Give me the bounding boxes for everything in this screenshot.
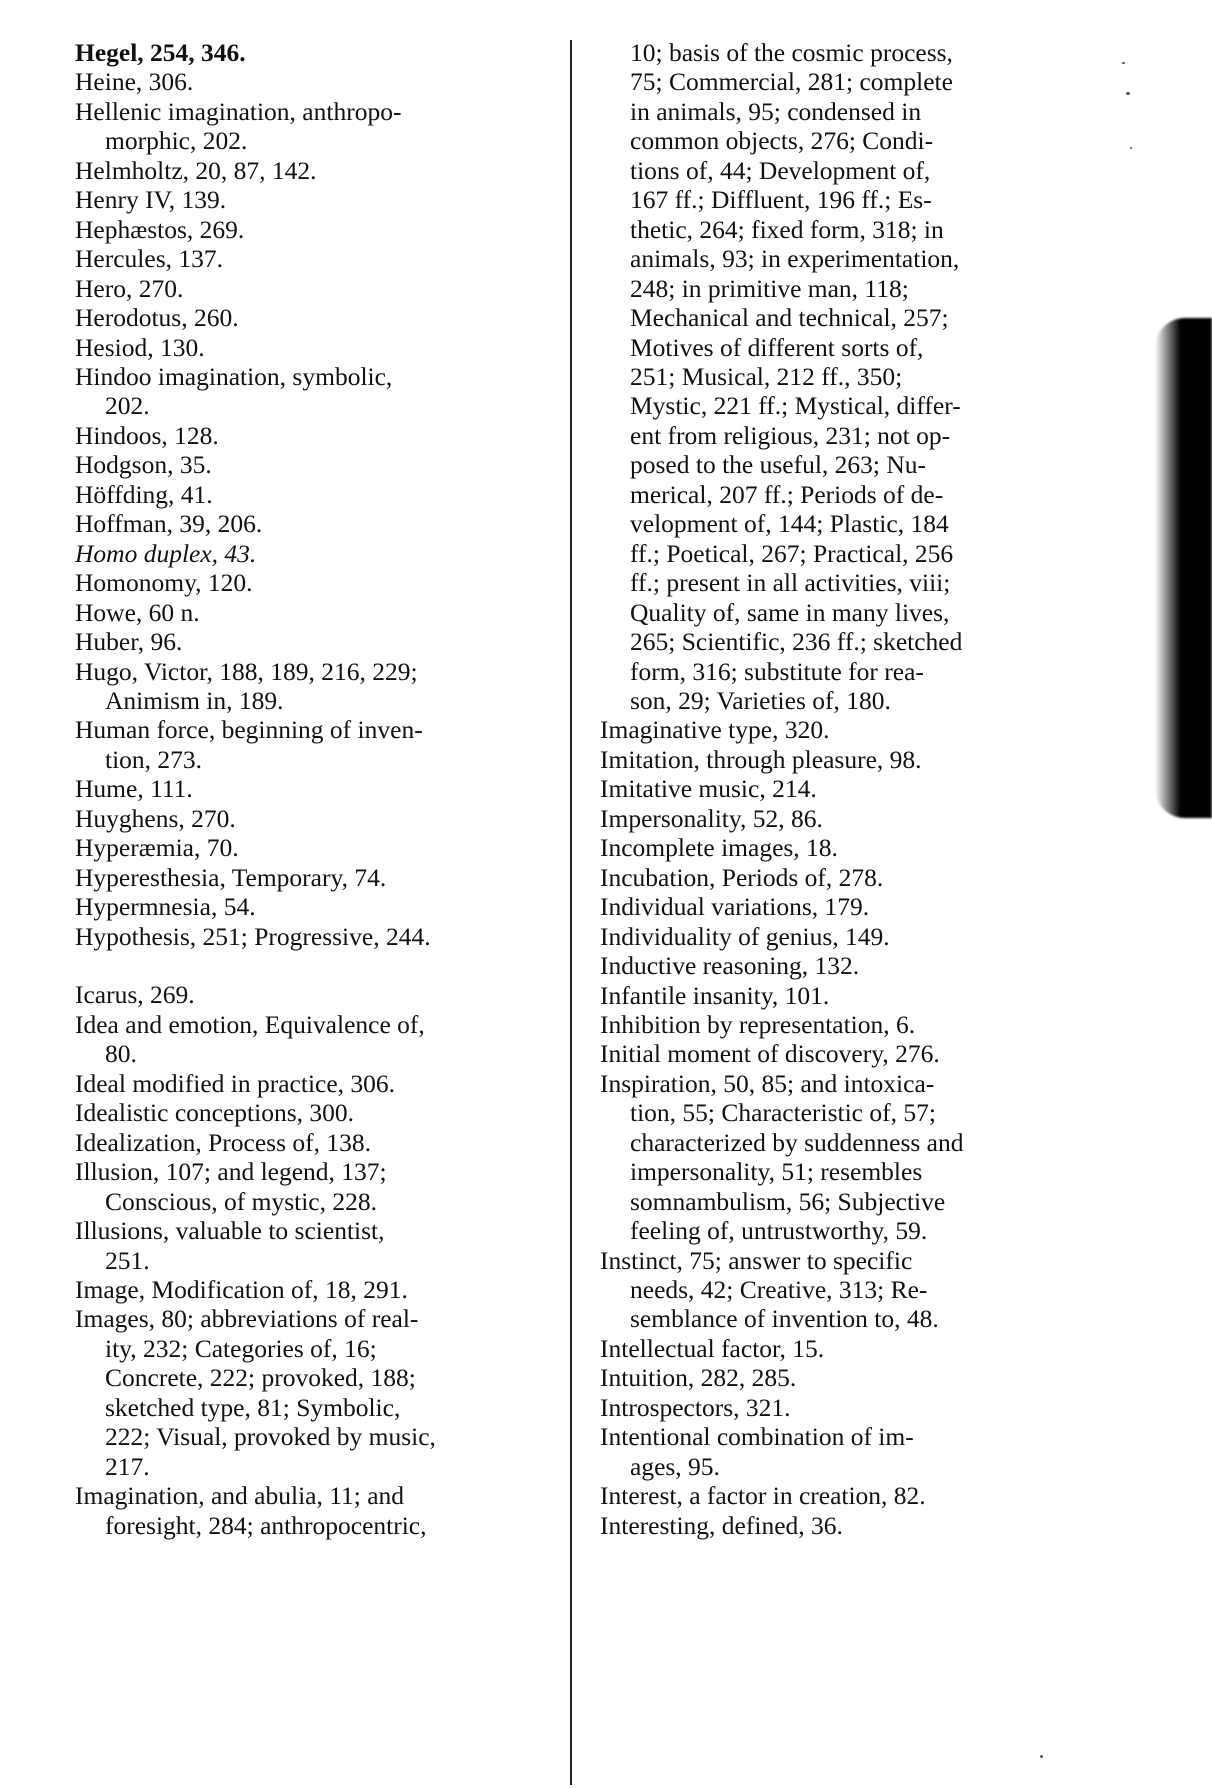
index-entry-continuation: Mystic, 221 ff.; Mystical, differ- bbox=[600, 391, 1036, 420]
index-entry-continuation: needs, 42; Creative, 313; Re- bbox=[600, 1275, 1036, 1304]
index-entry: Huyghens, 270. bbox=[75, 804, 547, 833]
index-entry: Introspectors, 321. bbox=[600, 1393, 1036, 1422]
index-entry: Idea and emotion, Equivalence of, bbox=[75, 1010, 547, 1039]
index-entry: Hindoos, 128. bbox=[75, 421, 547, 450]
index-entry: Hodgson, 35. bbox=[75, 450, 547, 479]
index-entry: Imagination, and abulia, 11; and bbox=[75, 1481, 547, 1510]
index-entry: Inhibition by representation, 6. bbox=[600, 1010, 1036, 1039]
index-entry-continuation: form, 316; substitute for rea- bbox=[600, 657, 1036, 686]
index-entry: Imitative music, 214. bbox=[600, 774, 1036, 803]
index-entry-continuation: sketched type, 81; Symbolic, bbox=[75, 1393, 547, 1422]
index-entry-continuation: common objects, 276; Condi- bbox=[600, 126, 1036, 155]
index-entry-continuation: thetic, 264; fixed form, 318; in bbox=[600, 215, 1036, 244]
index-entry: Icarus, 269. bbox=[75, 980, 547, 1009]
index-entry: Intellectual factor, 15. bbox=[600, 1334, 1036, 1363]
index-entry: Hellenic imagination, anthropo- bbox=[75, 97, 547, 126]
index-entry: Homo duplex, 43. bbox=[75, 539, 547, 568]
index-entry: Inductive reasoning, 132. bbox=[600, 951, 1036, 980]
index-entry-continuation: 251; Musical, 212 ff., 350; bbox=[600, 362, 1036, 391]
index-entry: Intuition, 282, 285. bbox=[600, 1363, 1036, 1392]
column-divider bbox=[570, 40, 572, 1785]
index-entry-continuation: semblance of invention to, 48. bbox=[600, 1304, 1036, 1333]
index-entry: Hypermnesia, 54. bbox=[75, 892, 547, 921]
index-entry: Illusions, valuable to scientist, bbox=[75, 1216, 547, 1245]
index-entry-continuation: Motives of different sorts of, bbox=[600, 333, 1036, 362]
index-entry: Hoffman, 39, 206. bbox=[75, 509, 547, 538]
index-entry-continuation: 202. bbox=[75, 391, 547, 420]
index-entry: Image, Modification of, 18, 291. bbox=[75, 1275, 547, 1304]
index-entry-continuation: foresight, 284; anthropocentric, bbox=[75, 1511, 547, 1540]
index-entry-continuation: merical, 207 ff.; Periods of de- bbox=[600, 480, 1036, 509]
index-entry-continuation: impersonality, 51; resembles bbox=[600, 1157, 1036, 1186]
index-entry-continuation: 251. bbox=[75, 1246, 547, 1275]
index-entry: Huber, 96. bbox=[75, 627, 547, 656]
index-entry-continuation: ff.; present in all activities, viii; bbox=[600, 568, 1036, 597]
index-entry: Initial moment of discovery, 276. bbox=[600, 1039, 1036, 1068]
index-entry-continuation: Mechanical and technical, 257; bbox=[600, 303, 1036, 332]
index-entry-continuation: in animals, 95; condensed in bbox=[600, 97, 1036, 126]
index-entry-continuation: ff.; Poetical, 267; Practical, 256 bbox=[600, 539, 1036, 568]
index-entry: Illusion, 107; and legend, 137; bbox=[75, 1157, 547, 1186]
index-entry: Idealistic conceptions, 300. bbox=[75, 1098, 547, 1127]
index-entry: Hegel, 254, 346. bbox=[75, 38, 547, 67]
index-entry: Hume, 111. bbox=[75, 774, 547, 803]
index-entry-continuation: 265; Scientific, 236 ff.; sketched bbox=[600, 627, 1036, 656]
index-entry: Helmholtz, 20, 87, 142. bbox=[75, 156, 547, 185]
index-column-right: 10; basis of the cosmic process,75; Comm… bbox=[600, 38, 1036, 1540]
index-entry-continuation: Concrete, 222; provoked, 188; bbox=[75, 1363, 547, 1392]
index-entry: Incubation, Periods of, 278. bbox=[600, 863, 1036, 892]
index-entry-continuation: tions of, 44; Development of, bbox=[600, 156, 1036, 185]
index-entry: Impersonality, 52, 86. bbox=[600, 804, 1036, 833]
index-entry-continuation: son, 29; Varieties of, 180. bbox=[600, 686, 1036, 715]
index-entry: Individuality of genius, 149. bbox=[600, 922, 1036, 951]
index-entry: Interesting, defined, 36. bbox=[600, 1511, 1036, 1540]
index-entry: Hyperæmia, 70. bbox=[75, 833, 547, 862]
index-entry-continuation: feeling of, untrustworthy, 59. bbox=[600, 1216, 1036, 1245]
index-entry: Imitation, through pleasure, 98. bbox=[600, 745, 1036, 774]
scan-speck bbox=[1130, 147, 1132, 149]
index-entry: Homonomy, 120. bbox=[75, 568, 547, 597]
scan-speck bbox=[1126, 92, 1130, 95]
index-entry: Henry IV, 139. bbox=[75, 185, 547, 214]
index-entry: Hypothesis, 251; Progressive, 244. bbox=[75, 922, 547, 951]
index-entry-continuation: morphic, 202. bbox=[75, 126, 547, 155]
index-entry-continuation: animals, 93; in experimentation, bbox=[600, 244, 1036, 273]
index-entry: Hephæstos, 269. bbox=[75, 215, 547, 244]
index-entry: Incomplete images, 18. bbox=[600, 833, 1036, 862]
index-entry: Hindoo imagination, symbolic, bbox=[75, 362, 547, 391]
index-entry-continuation: 167 ff.; Diffluent, 196 ff.; Es- bbox=[600, 185, 1036, 214]
index-entry-continuation: velopment of, 144; Plastic, 184 bbox=[600, 509, 1036, 538]
index-entry-continuation: posed to the useful, 263; Nu- bbox=[600, 450, 1036, 479]
index-entry: Hercules, 137. bbox=[75, 244, 547, 273]
index-entry-continuation: somnambulism, 56; Subjective bbox=[600, 1187, 1036, 1216]
index-entry-continuation: ity, 232; Categories of, 16; bbox=[75, 1334, 547, 1363]
index-entry: Howe, 60 n. bbox=[75, 598, 547, 627]
index-entry-continuation: characterized by suddenness and bbox=[600, 1128, 1036, 1157]
index-entry-continuation: tion, 55; Characteristic of, 57; bbox=[600, 1098, 1036, 1127]
index-entry-continuation: ages, 95. bbox=[600, 1452, 1036, 1481]
index-entry: Hugo, Victor, 188, 189, 216, 229; bbox=[75, 657, 547, 686]
index-entry: Hero, 270. bbox=[75, 274, 547, 303]
index-entry: Hesiod, 130. bbox=[75, 333, 547, 362]
index-entry: Infantile insanity, 101. bbox=[600, 981, 1036, 1010]
index-entry: Ideal modified in practice, 306. bbox=[75, 1069, 547, 1098]
index-entry-continuation: 217. bbox=[75, 1452, 547, 1481]
index-entry: Herodotus, 260. bbox=[75, 303, 547, 332]
index-entry: Instinct, 75; answer to specific bbox=[600, 1246, 1036, 1275]
index-entry-continuation: 75; Commercial, 281; complete bbox=[600, 67, 1036, 96]
index-entry: Human force, beginning of inven- bbox=[75, 715, 547, 744]
index-entry: Idealization, Process of, 138. bbox=[75, 1128, 547, 1157]
scan-speck bbox=[1122, 62, 1125, 64]
index-entry-continuation: 10; basis of the cosmic process, bbox=[600, 38, 1036, 67]
index-entry: Intentional combination of im- bbox=[600, 1422, 1036, 1451]
index-entry: Hyperesthesia, Temporary, 74. bbox=[75, 863, 547, 892]
index-entry: Images, 80; abbreviations of real- bbox=[75, 1304, 547, 1333]
index-entry: Inspiration, 50, 85; and intoxica- bbox=[600, 1069, 1036, 1098]
index-page: Hegel, 254, 346.Heine, 306.Hellenic imag… bbox=[0, 0, 1212, 1789]
index-column-left: Hegel, 254, 346.Heine, 306.Hellenic imag… bbox=[75, 38, 547, 1540]
index-entry-continuation: Quality of, same in many lives, bbox=[600, 598, 1036, 627]
index-entry-continuation: tion, 273. bbox=[75, 745, 547, 774]
index-entry: Imaginative type, 320. bbox=[600, 715, 1036, 744]
scan-speck bbox=[1040, 1755, 1043, 1758]
index-entry-continuation: 80. bbox=[75, 1039, 547, 1068]
index-entry: Höffding, 41. bbox=[75, 480, 547, 509]
index-entry-continuation: Conscious, of mystic, 228. bbox=[75, 1187, 547, 1216]
index-entry-continuation: 222; Visual, provoked by music, bbox=[75, 1422, 547, 1451]
scan-edge-shadow bbox=[1155, 318, 1212, 818]
index-entry: Interest, a factor in creation, 82. bbox=[600, 1481, 1036, 1510]
index-entry: Individual variations, 179. bbox=[600, 892, 1036, 921]
index-entry-continuation: 248; in primitive man, 118; bbox=[600, 274, 1036, 303]
index-entry-continuation: Animism in, 189. bbox=[75, 686, 547, 715]
index-entry: Heine, 306. bbox=[75, 67, 547, 96]
index-entry-continuation: ent from religious, 231; not op- bbox=[600, 421, 1036, 450]
